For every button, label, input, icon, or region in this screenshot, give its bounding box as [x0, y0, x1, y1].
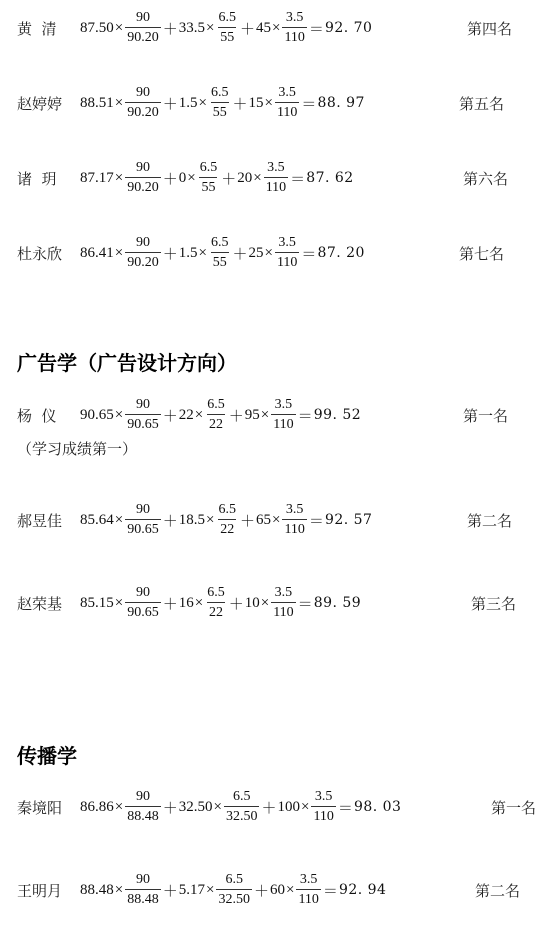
score-row-huang-qing: 黄 清 87.50 × 9090.20 ＋ 33.5 × 6.555 ＋ 45 … [0, 6, 556, 50]
plus-sign: ＋ [162, 405, 179, 426]
fraction-3: 3.5110 [311, 790, 335, 824]
base-score: 85.15 [80, 595, 114, 612]
base-score: 86.41 [80, 245, 114, 262]
numerator: 6.5 [205, 398, 227, 414]
times-sign: × [114, 95, 124, 112]
coef-2: 32.50 [179, 799, 213, 816]
denominator: 88.48 [125, 806, 161, 824]
times-sign: × [300, 799, 310, 816]
equals-sign: ＝ [300, 243, 317, 264]
times-sign: × [114, 595, 124, 612]
equals-sign: ＝ [322, 880, 339, 901]
times-sign: × [260, 407, 270, 424]
fraction-3: 3.5110 [282, 503, 306, 537]
coef-3: 15 [248, 95, 263, 112]
times-sign: × [197, 245, 207, 262]
numerator: 3.5 [273, 398, 295, 414]
fraction-1: 9090.20 [125, 236, 161, 270]
denominator: 90.20 [125, 27, 161, 45]
denominator: 90.65 [125, 414, 161, 432]
denominator: 22 [218, 519, 236, 537]
numerator: 6.5 [216, 503, 238, 519]
fraction-2: 6.532.50 [216, 873, 252, 907]
base-score: 88.48 [80, 882, 114, 899]
numerator: 90 [134, 86, 152, 102]
coef-2: 1.5 [179, 245, 198, 262]
student-name: 赵婷婷 [17, 93, 62, 114]
equals-sign: ＝ [300, 93, 317, 114]
numerator: 3.5 [298, 873, 320, 889]
base-score: 88.51 [80, 95, 114, 112]
denominator: 22 [207, 414, 225, 432]
final-score: 88. 97 [317, 95, 365, 111]
plus-sign: ＋ [162, 593, 179, 614]
coef-2: 1.5 [179, 95, 198, 112]
denominator: 90.65 [125, 602, 161, 620]
times-sign: × [260, 595, 270, 612]
times-sign: × [114, 170, 124, 187]
equals-sign: ＝ [308, 18, 325, 39]
denominator: 110 [282, 519, 306, 537]
final-score: 87. 62 [306, 170, 354, 186]
plus-sign: ＋ [231, 93, 248, 114]
score-row-du-yongxin: 杜永欣 86.41 × 9090.20 ＋ 1.5 × 6.555 ＋ 25 ×… [0, 231, 556, 275]
score-formula: 86.86 × 9088.48 ＋ 32.50 × 6.532.50 ＋ 100… [80, 785, 401, 829]
fraction-1: 9088.48 [125, 790, 161, 824]
numerator: 90 [134, 11, 152, 27]
fraction-2: 6.522 [205, 586, 227, 620]
plus-sign: ＋ [162, 93, 179, 114]
denominator: 110 [271, 602, 295, 620]
plus-sign: ＋ [162, 168, 179, 189]
times-sign: × [263, 95, 273, 112]
numerator: 6.5 [205, 586, 227, 602]
fraction-3: 3.5110 [275, 236, 299, 270]
denominator: 55 [211, 252, 229, 270]
equals-sign: ＝ [337, 797, 354, 818]
fraction-3: 3.5110 [275, 86, 299, 120]
fraction-2: 6.522 [216, 503, 238, 537]
fraction-1: 9090.65 [125, 398, 161, 432]
student-name: 王明月 [17, 880, 62, 901]
fraction-1: 9090.20 [125, 161, 161, 195]
student-name: 杜永欣 [17, 243, 62, 264]
score-formula: 87.17 × 9090.20 ＋ 0 × 6.555 ＋ 20 × 3.511… [80, 156, 354, 200]
numerator: 90 [134, 398, 152, 414]
plus-sign: ＋ [239, 510, 256, 531]
fraction-2: 6.522 [205, 398, 227, 432]
rank-label: 第三名 [471, 593, 516, 614]
numerator: 3.5 [265, 161, 287, 177]
fraction-2: 6.555 [209, 86, 231, 120]
denominator: 55 [218, 27, 236, 45]
numerator: 3.5 [276, 236, 298, 252]
times-sign: × [114, 799, 124, 816]
denominator: 32.50 [216, 889, 252, 907]
plus-sign: ＋ [162, 880, 179, 901]
coef-2: 33.5 [179, 20, 205, 37]
denominator: 55 [211, 102, 229, 120]
coef-3: 20 [237, 170, 252, 187]
numerator: 3.5 [273, 586, 295, 602]
score-formula: 87.50 × 9090.20 ＋ 33.5 × 6.555 ＋ 45 × 3.… [80, 6, 372, 50]
times-sign: × [114, 512, 124, 529]
score-row-qin-jingyang: 秦境阳 86.86 × 9088.48 ＋ 32.50 × 6.532.50 ＋… [0, 785, 556, 829]
coef-2: 16 [179, 595, 194, 612]
score-formula: 90.65 × 9090.65 ＋ 22 × 6.522 ＋ 95 × 3.51… [80, 393, 361, 437]
rank-label: 第五名 [459, 93, 504, 114]
coef-3: 45 [256, 20, 271, 37]
rank-label: 第一名 [491, 797, 536, 818]
rank-label: 第四名 [467, 18, 512, 39]
denominator: 90.20 [125, 252, 161, 270]
numerator: 90 [134, 586, 152, 602]
times-sign: × [271, 512, 281, 529]
final-score: 89. 59 [314, 595, 362, 611]
base-score: 90.65 [80, 407, 114, 424]
student-name: 赵荣基 [17, 593, 62, 614]
fraction-2: 6.555 [209, 236, 231, 270]
coef-3: 10 [245, 595, 260, 612]
final-score: 87. 20 [317, 245, 365, 261]
times-sign: × [205, 882, 215, 899]
times-sign: × [114, 245, 124, 262]
numerator: 6.5 [216, 11, 238, 27]
numerator: 90 [134, 873, 152, 889]
numerator: 6.5 [209, 86, 231, 102]
plus-sign: ＋ [228, 593, 245, 614]
times-sign: × [271, 20, 281, 37]
plus-sign: ＋ [253, 880, 270, 901]
score-row-yang-yi: 杨 仪 90.65 × 9090.65 ＋ 22 × 6.522 ＋ 95 × … [0, 393, 556, 437]
times-sign: × [194, 595, 204, 612]
times-sign: × [197, 95, 207, 112]
times-sign: × [114, 407, 124, 424]
numerator: 90 [134, 790, 152, 806]
coef-3: 25 [248, 245, 263, 262]
denominator: 90.20 [125, 102, 161, 120]
denominator: 110 [282, 27, 306, 45]
plus-sign: ＋ [231, 243, 248, 264]
fraction-1: 9090.20 [125, 86, 161, 120]
plus-sign: ＋ [228, 405, 245, 426]
times-sign: × [205, 512, 215, 529]
fraction-1: 9090.65 [125, 503, 161, 537]
base-score: 85.64 [80, 512, 114, 529]
section-heading-communication: 传播学 [17, 740, 77, 769]
score-row-zhao-tingting: 赵婷婷 88.51 × 9090.20 ＋ 1.5 × 6.555 ＋ 15 ×… [0, 81, 556, 125]
numerator: 90 [134, 503, 152, 519]
denominator: 110 [271, 414, 295, 432]
fraction-1: 9088.48 [125, 873, 161, 907]
denominator: 90.20 [125, 177, 161, 195]
score-formula: 88.51 × 9090.20 ＋ 1.5 × 6.555 ＋ 15 × 3.5… [80, 81, 365, 125]
fraction-3: 3.5110 [271, 398, 295, 432]
equals-sign: ＝ [308, 510, 325, 531]
coef-2: 0 [179, 170, 187, 187]
fraction-2: 6.532.50 [224, 790, 260, 824]
score-row-hao-yujia: 郝昱佳 85.64 × 9090.65 ＋ 18.5 × 6.522 ＋ 65 … [0, 498, 556, 542]
denominator: 110 [275, 102, 299, 120]
denominator: 110 [311, 806, 335, 824]
coef-3: 65 [256, 512, 271, 529]
coef-3: 100 [277, 799, 300, 816]
coef-2: 22 [179, 407, 194, 424]
fraction-3: 3.5110 [271, 586, 295, 620]
fraction-3: 3.5110 [264, 161, 288, 195]
fraction-2: 6.555 [198, 161, 220, 195]
base-score: 86.86 [80, 799, 114, 816]
section-heading-advertising-design: 广告学（广告设计方向） [17, 347, 237, 376]
numerator: 90 [134, 161, 152, 177]
base-score: 87.17 [80, 170, 114, 187]
final-score: 99. 52 [314, 407, 362, 423]
denominator: 90.65 [125, 519, 161, 537]
plus-sign: ＋ [239, 18, 256, 39]
numerator: 6.5 [209, 236, 231, 252]
fraction-3: 3.5110 [296, 873, 320, 907]
rank-label: 第六名 [463, 168, 508, 189]
final-score: 92. 57 [325, 512, 373, 528]
times-sign: × [114, 882, 124, 899]
denominator: 110 [296, 889, 320, 907]
student-name: 诸 玥 [17, 168, 57, 189]
denominator: 110 [264, 177, 288, 195]
coef-3: 95 [245, 407, 260, 424]
numerator: 6.5 [198, 161, 220, 177]
numerator: 3.5 [284, 503, 306, 519]
denominator: 22 [207, 602, 225, 620]
denominator: 32.50 [224, 806, 260, 824]
rank-label: 第一名 [463, 405, 508, 426]
equals-sign: ＝ [297, 405, 314, 426]
numerator: 6.5 [231, 790, 253, 806]
score-row-wang-mingyue: 王明月 88.48 × 9088.48 ＋ 5.17 × 6.532.50 ＋ … [0, 868, 556, 912]
fraction-1: 9090.20 [125, 11, 161, 45]
plus-sign: ＋ [220, 168, 237, 189]
base-score: 87.50 [80, 20, 114, 37]
score-formula: 86.41 × 9090.20 ＋ 1.5 × 6.555 ＋ 25 × 3.5… [80, 231, 365, 275]
denominator: 88.48 [125, 889, 161, 907]
score-formula: 85.64 × 9090.65 ＋ 18.5 × 6.522 ＋ 65 × 3.… [80, 498, 372, 542]
fraction-2: 6.555 [216, 11, 238, 45]
score-row-zhu-yue: 诸 玥 87.17 × 9090.20 ＋ 0 × 6.555 ＋ 20 × 3… [0, 156, 556, 200]
coef-3: 60 [270, 882, 285, 899]
score-formula: 88.48 × 9088.48 ＋ 5.17 × 6.532.50 ＋ 60 ×… [80, 868, 386, 912]
times-sign: × [194, 407, 204, 424]
plus-sign: ＋ [162, 18, 179, 39]
denominator: 110 [275, 252, 299, 270]
fraction-1: 9090.65 [125, 586, 161, 620]
plus-sign: ＋ [162, 797, 179, 818]
plus-sign: ＋ [162, 510, 179, 531]
final-score: 98. 03 [354, 799, 402, 815]
row-note: （学习成绩第一） [17, 438, 137, 459]
times-sign: × [114, 20, 124, 37]
times-sign: × [205, 20, 215, 37]
score-row-zhao-rongji: 赵荣基 85.15 × 9090.65 ＋ 16 × 6.522 ＋ 10 × … [0, 581, 556, 625]
rank-label: 第七名 [459, 243, 504, 264]
numerator: 3.5 [313, 790, 335, 806]
coef-2: 5.17 [179, 882, 205, 899]
student-name: 杨 仪 [17, 405, 57, 426]
student-name: 秦境阳 [17, 797, 62, 818]
final-score: 92. 70 [325, 20, 373, 36]
coef-2: 18.5 [179, 512, 205, 529]
fraction-3: 3.5110 [282, 11, 306, 45]
times-sign: × [212, 799, 222, 816]
numerator: 3.5 [284, 11, 306, 27]
numerator: 90 [134, 236, 152, 252]
student-name: 郝昱佳 [17, 510, 62, 531]
denominator: 55 [199, 177, 217, 195]
equals-sign: ＝ [289, 168, 306, 189]
plus-sign: ＋ [162, 243, 179, 264]
times-sign: × [263, 245, 273, 262]
times-sign: × [186, 170, 196, 187]
times-sign: × [252, 170, 262, 187]
student-name: 黄 清 [17, 18, 57, 39]
rank-label: 第二名 [467, 510, 512, 531]
final-score: 92. 94 [339, 882, 387, 898]
score-formula: 85.15 × 9090.65 ＋ 16 × 6.522 ＋ 10 × 3.51… [80, 581, 361, 625]
rank-label: 第二名 [475, 880, 520, 901]
times-sign: × [285, 882, 295, 899]
numerator: 3.5 [276, 86, 298, 102]
plus-sign: ＋ [260, 797, 277, 818]
equals-sign: ＝ [297, 593, 314, 614]
numerator: 6.5 [223, 873, 245, 889]
